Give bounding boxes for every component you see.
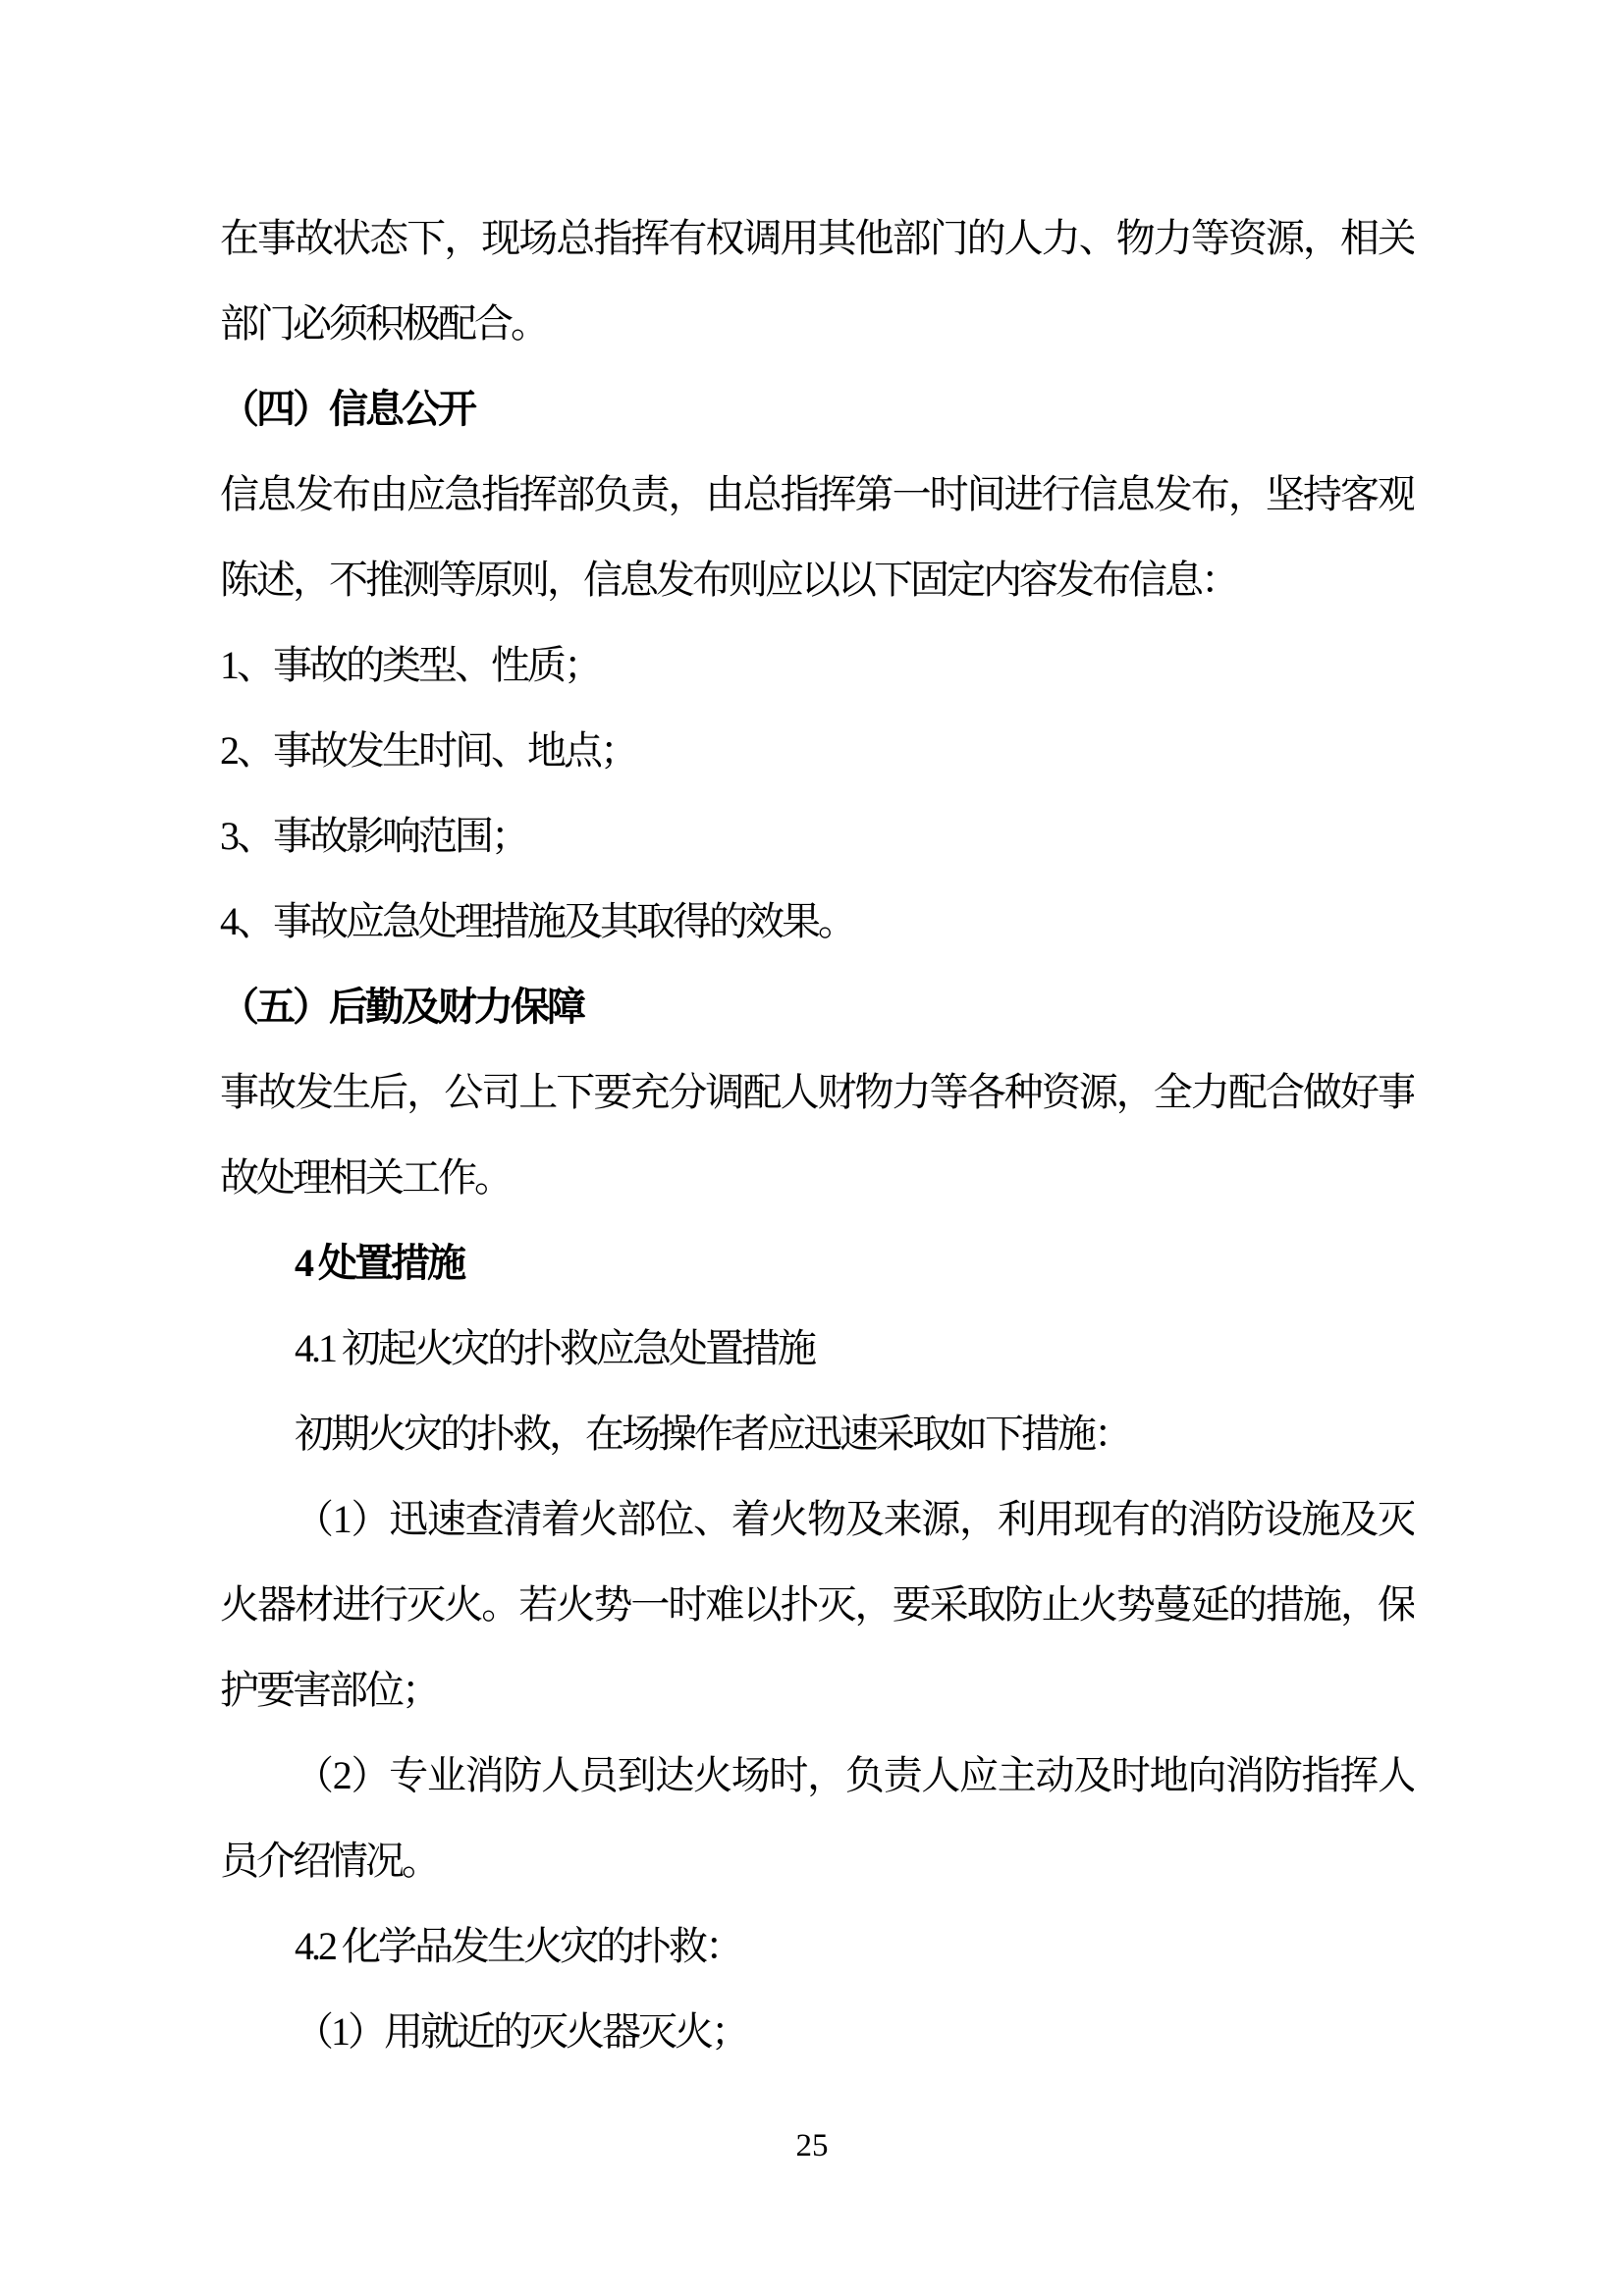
page-number: 25 — [0, 2122, 1624, 2169]
document-body: 在事故状态下，现场总指挥有权调用其他部门的人力、物力等资源，相关 部门必须积极配… — [220, 195, 1414, 2074]
text-line: 火器材进行灭火。若火势一时难以扑灭，要采取防止火势蔓延的措施，保 — [220, 1562, 1414, 1647]
text-line: 陈述，不推测等原则，信息发布则应以以下固定内容发布信息： — [220, 537, 1414, 622]
list-item: 3、事故影响范围； — [220, 793, 1414, 879]
text-line: 初期火灾的扑救，在场操作者应迅速采取如下措施： — [220, 1391, 1414, 1476]
text-line: 故处理相关工作。 — [220, 1135, 1414, 1220]
text-line: 员介绍情况。 — [220, 1818, 1414, 1903]
text-line: 护要害部位； — [220, 1647, 1414, 1733]
list-item: 4、事故应急处理措施及其取得的效果。 — [220, 879, 1414, 964]
subsection-heading: 4.1 初起火灾的扑救应急处置措施 — [220, 1306, 1414, 1391]
text-line: （1）迅速查清着火部位、着火物及来源，利用现有的消防设施及灭 — [220, 1476, 1414, 1562]
text-line: 在事故状态下，现场总指挥有权调用其他部门的人力、物力等资源，相关 — [220, 195, 1414, 281]
list-item: 1、事故的类型、性质； — [220, 622, 1414, 708]
text-line: 事故发生后，公司上下要充分调配人财物力等各种资源，全力配合做好事 — [220, 1049, 1414, 1135]
section-heading: （四）信息公开 — [220, 366, 1414, 452]
section-heading: 4 处置措施 — [220, 1220, 1414, 1306]
text-line: （1）用就近的灭火器灭火； — [220, 1989, 1414, 2074]
text-line: 部门必须积极配合。 — [220, 281, 1414, 366]
text-line: （2）专业消防人员到达火场时，负责人应主动及时地向消防指挥人 — [220, 1733, 1414, 1818]
list-item: 2、事故发生时间、地点； — [220, 708, 1414, 793]
text-line: 信息发布由应急指挥部负责，由总指挥第一时间进行信息发布，坚持客观 — [220, 452, 1414, 537]
document-page: 在事故状态下，现场总指挥有权调用其他部门的人力、物力等资源，相关 部门必须积极配… — [0, 0, 1624, 2296]
subsection-heading: 4.2 化学品发生火灾的扑救： — [220, 1903, 1414, 1989]
section-heading: （五）后勤及财力保障 — [220, 964, 1414, 1049]
